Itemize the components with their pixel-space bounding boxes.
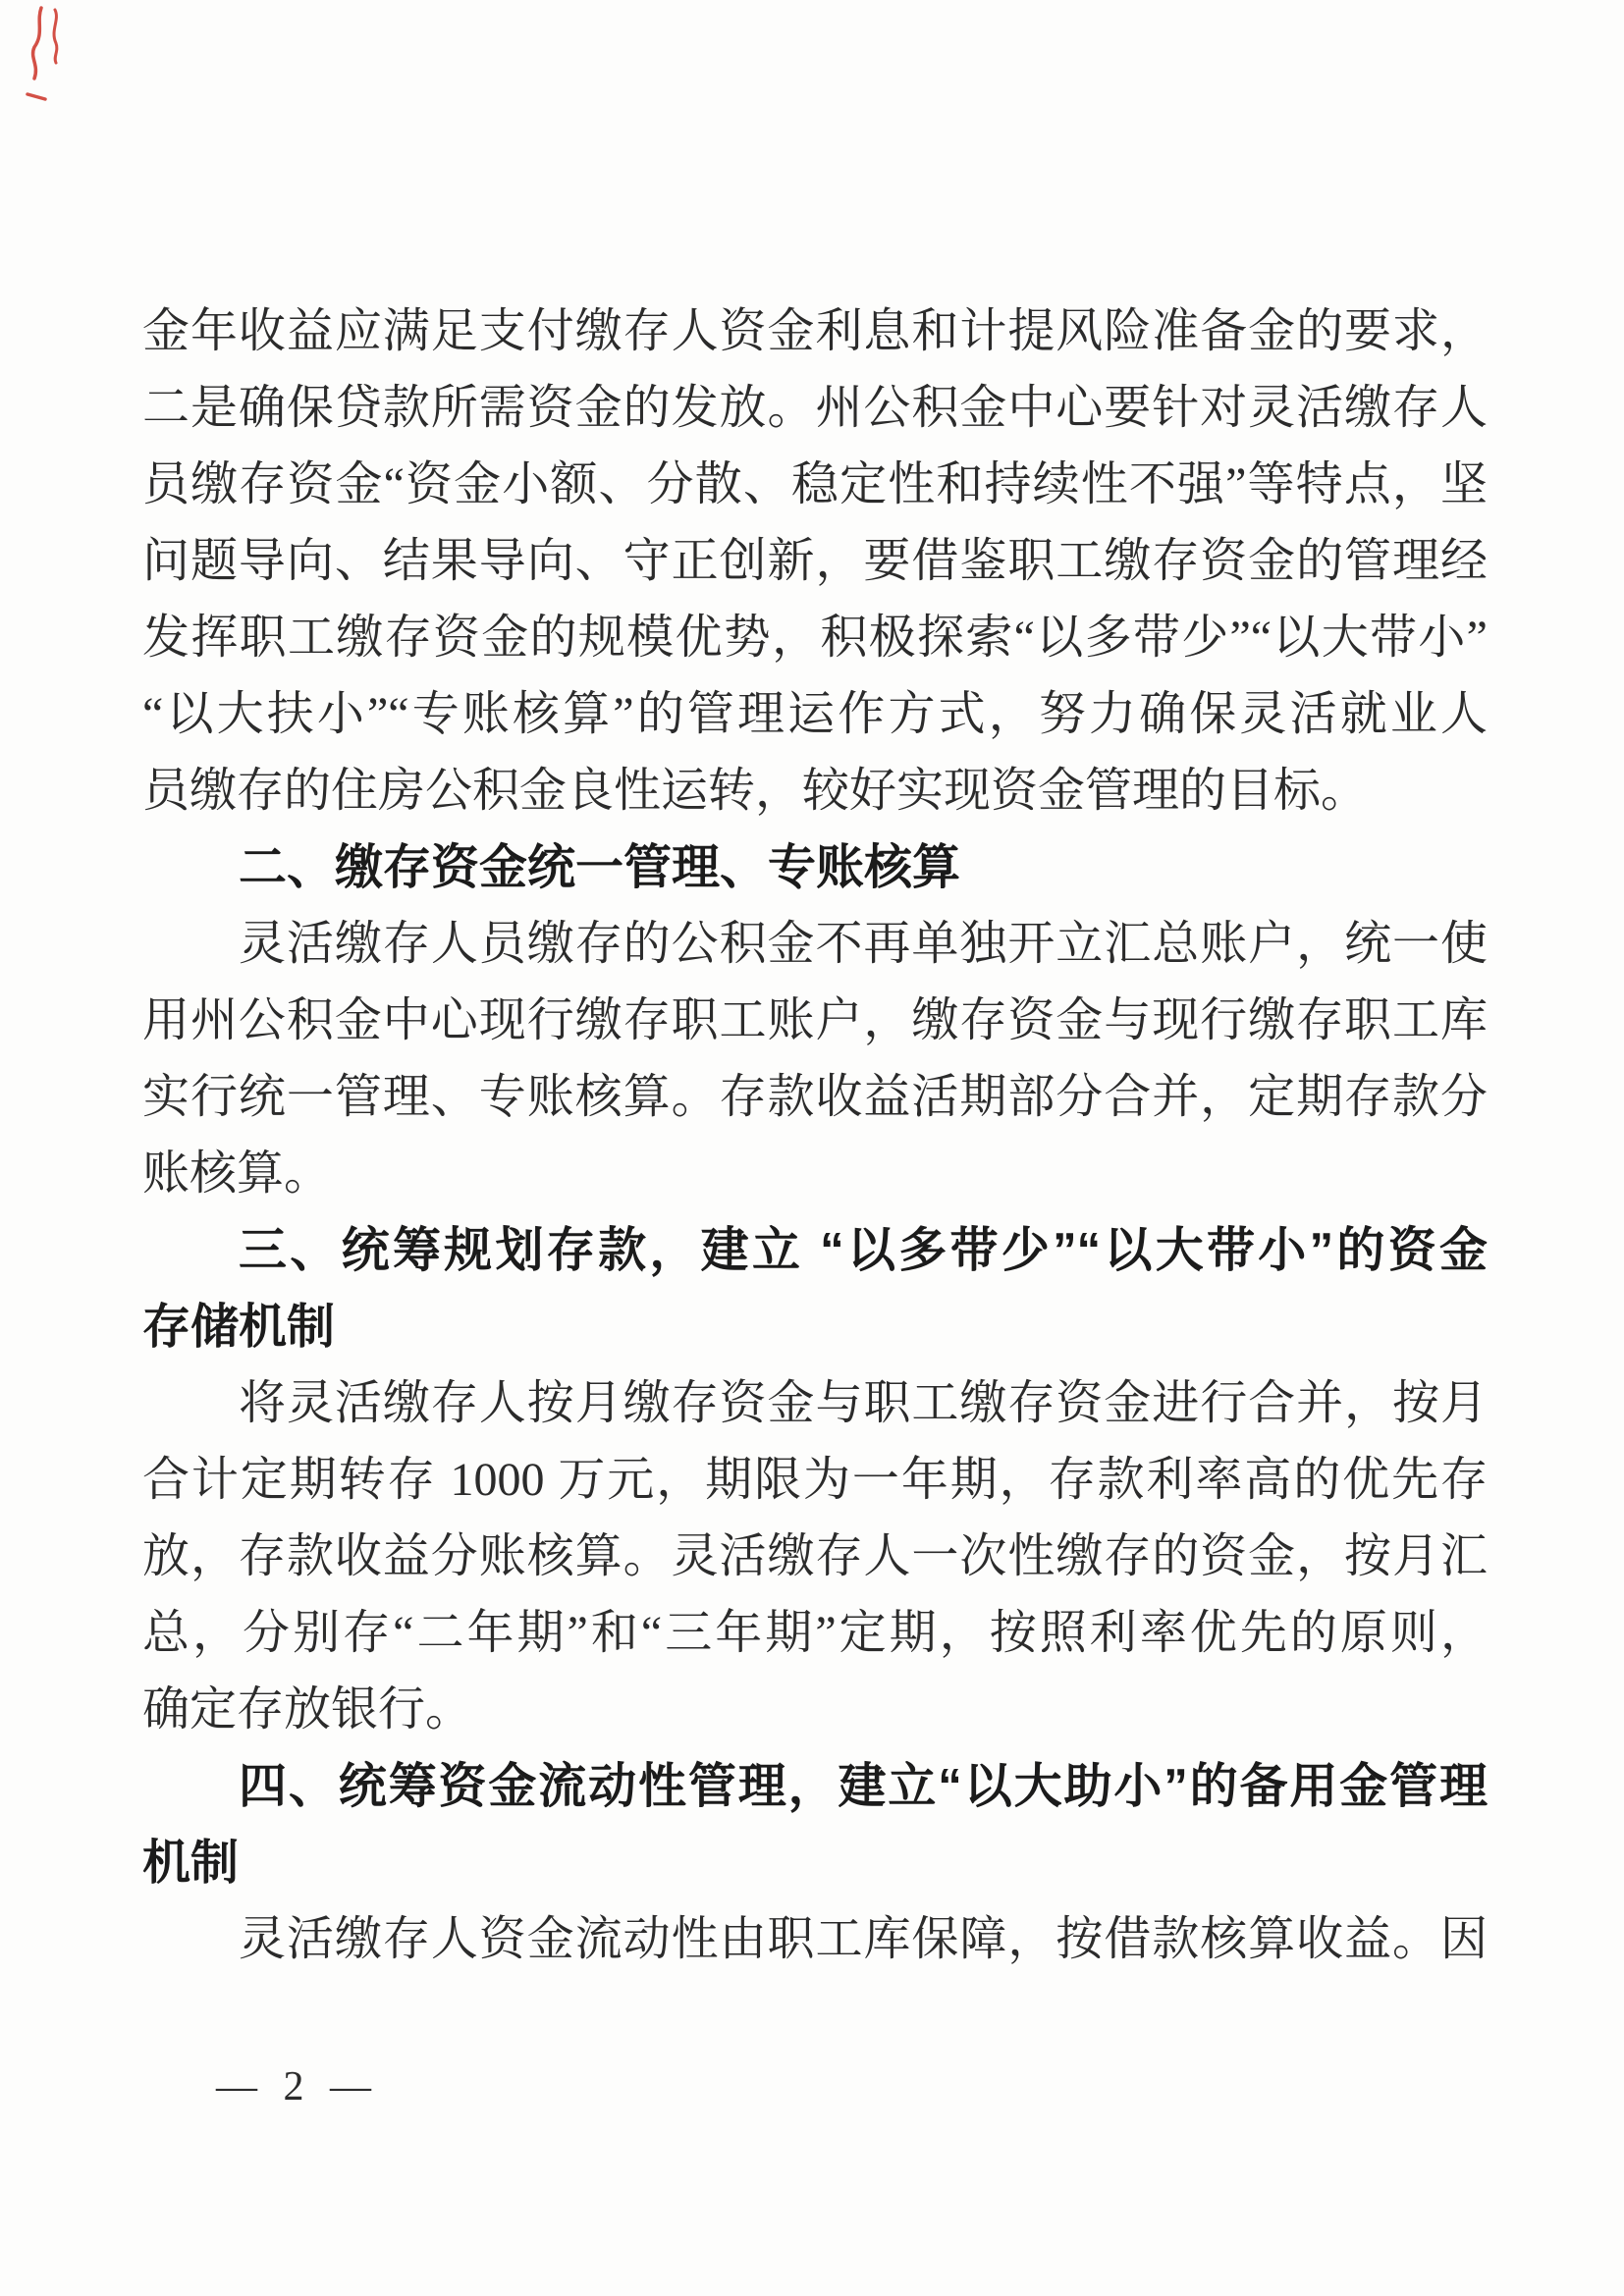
body-line: 员缴存资金“资金小额、分散、稳定性和持续性不强”等特点，坚持: [142, 447, 1488, 523]
body-line: 金年收益应满足支付缴存人资金利息和计提风险准备金的要求，: [142, 294, 1488, 370]
body-line: 合计定期转存 1000 万元，期限为一年期，存款利率高的优先存: [142, 1442, 1488, 1519]
document-body: 金年收益应满足支付缴存人资金利息和计提风险准备金的要求， 二是确保贷款所需资金的…: [142, 294, 1488, 1978]
red-corner-mark-icon: [26, 4, 94, 112]
document-page: 金年收益应满足支付缴存人资金利息和计提风险准备金的要求， 二是确保贷款所需资金的…: [0, 0, 1624, 2296]
section-heading-2: 二、缴存资金统一管理、专账核算: [142, 829, 1488, 906]
body-line: 将灵活缴存人按月缴存资金与职工缴存资金进行合并，按月: [142, 1365, 1488, 1442]
body-line: 二是确保贷款所需资金的发放。州公积金中心要针对灵活缴存人: [142, 370, 1488, 447]
body-line: 总，分别存“二年期”和“三年期”定期，按照利率优先的原则，: [142, 1595, 1488, 1672]
body-line: 灵活缴存人资金流动性由职工库保障，按借款核算收益。因: [142, 1901, 1488, 1978]
body-line: 发挥职工缴存资金的规模优势，积极探索“以多带少”“以大带小”: [142, 600, 1488, 676]
body-line: 放，存款收益分账核算。灵活缴存人一次性缴存的资金，按月汇: [142, 1519, 1488, 1595]
section-heading-3-cont: 存储机制: [142, 1289, 1488, 1365]
body-line: 员缴存的住房公积金良性运转，较好实现资金管理的目标。: [142, 753, 1488, 829]
body-line: 账核算。: [142, 1136, 1488, 1212]
body-line: 灵活缴存人员缴存的公积金不再单独开立汇总账户，统一使: [142, 906, 1488, 983]
section-heading-4-cont: 机制: [142, 1825, 1488, 1901]
section-heading-4: 四、统筹资金流动性管理，建立“以大助小”的备用金管理: [142, 1748, 1488, 1825]
page-number: — 2 —: [216, 2057, 379, 2116]
body-line: 用州公积金中心现行缴存职工账户，缴存资金与现行缴存职工库: [142, 983, 1488, 1059]
body-line: 确定存放银行。: [142, 1672, 1488, 1748]
body-line: “以大扶小”“专账核算”的管理运作方式，努力确保灵活就业人: [142, 676, 1488, 753]
section-heading-3: 三、统筹规划存款，建立 “以多带少”“以大带小”的资金: [142, 1212, 1488, 1289]
body-line: 实行统一管理、专账核算。存款收益活期部分合并，定期存款分: [142, 1059, 1488, 1136]
body-line: 问题导向、结果导向、守正创新，要借鉴职工缴存资金的管理经验，: [142, 523, 1488, 600]
